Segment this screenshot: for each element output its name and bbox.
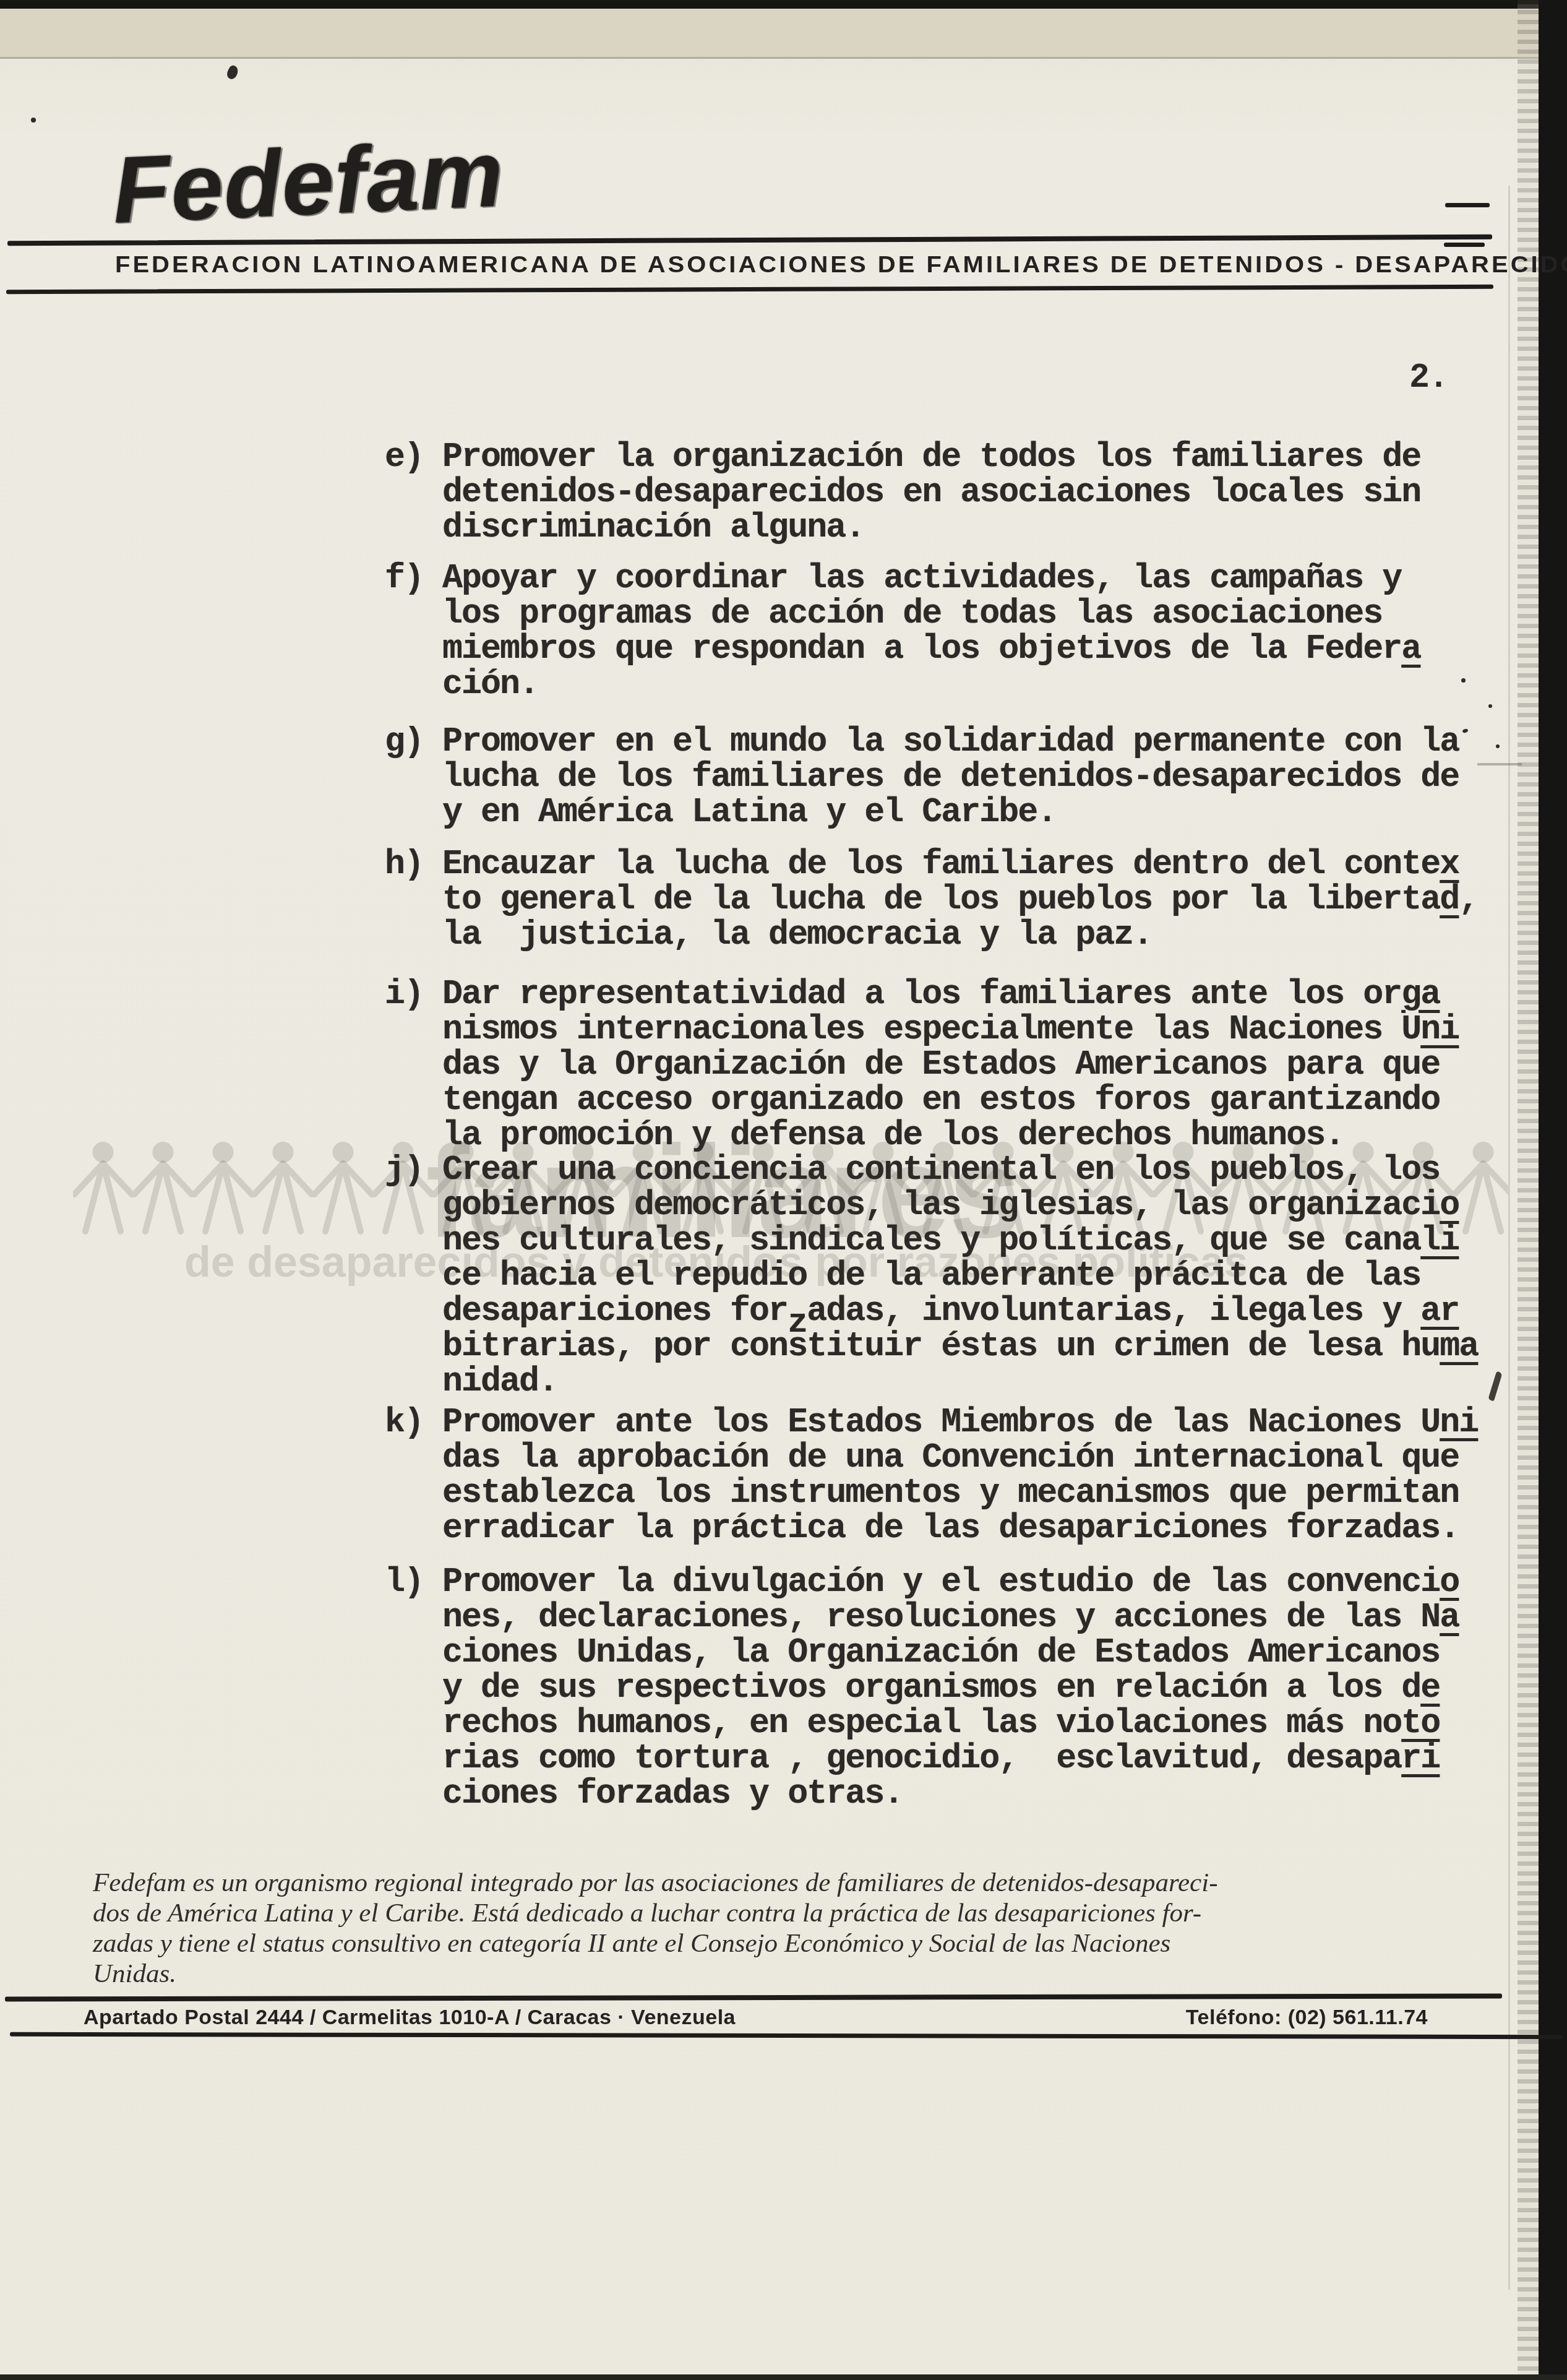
typewritten-line: detenidos-desaparecidos en asociaciones … (385, 475, 1420, 510)
fedefam-logo: Fedefam (111, 126, 505, 237)
list-item: e) Promover la organización de todos los… (385, 439, 1420, 545)
pen-stroke-mark (1488, 1371, 1503, 1402)
typewritten-line: h) Encauzar la lucha de los familiares d… (385, 847, 1478, 882)
typewritten-line: miembros que respondan a los objetivos d… (385, 631, 1420, 666)
typewritten-line: los programas de acción de todas las aso… (385, 596, 1420, 631)
underlined-continuation: to (1401, 1704, 1440, 1743)
about-line: zadas y tiene el status consultivo en ca… (93, 1928, 1217, 1959)
ink-speck (31, 118, 36, 123)
typewritten-line: ciones forzadas y otras. (385, 1776, 1459, 1811)
scan-edge-right (1539, 0, 1567, 2380)
typewritten-line: ciones Unidas, la Organización de Estado… (385, 1635, 1459, 1670)
typewritten-line: lucha de los familiares de detenidos-des… (385, 759, 1459, 795)
about-line: Fedefam es un organismo regional integra… (93, 1868, 1217, 1898)
typewritten-line: das la aprobación de una Convención inte… (385, 1440, 1478, 1475)
typewritten-line: k) Promover ante los Estados Miembros de… (385, 1405, 1478, 1440)
paper-crease (1508, 186, 1510, 2290)
typewritten-line: tengan acceso organizado en estos foros … (385, 1082, 1459, 1118)
about-line: dos de América Latina y el Caribe. Está … (93, 1898, 1217, 1928)
about-line: Unidas. (93, 1959, 1217, 1989)
address-line: Apartado Postal 2444 / Carmelitas 1010-A… (84, 2005, 736, 2030)
typewritten-line: establezca los instrumentos y mecanismos… (385, 1475, 1478, 1511)
typewritten-line: rias como tortura , genocidio, esclavitu… (385, 1741, 1459, 1776)
typewritten-line: la promoción y defensa de los derechos h… (385, 1118, 1459, 1153)
underlined-continuation: ar (1420, 1291, 1459, 1330)
ink-speck (1488, 704, 1492, 708)
underlined-continuation: ni (1420, 1010, 1459, 1049)
phone-number: Teléfono: (02) 561.11.74 (1186, 2005, 1428, 2030)
typewritten-line: bitrarias, por constituir éstas un crime… (385, 1329, 1478, 1364)
typewritten-line: nes culturales, sindicales y políticas, … (385, 1223, 1478, 1258)
underlined-continuation: e (1420, 1668, 1440, 1707)
typewritten-line: desapariciones forzadas, involuntarias, … (385, 1293, 1478, 1329)
header-rule-bottom (6, 285, 1493, 294)
typewritten-line: gobiernos democráticos, las iglesias, la… (385, 1188, 1478, 1223)
typewritten-line: ce hacia el repudio de la aberrante prác… (385, 1258, 1478, 1293)
typewritten-line: y en América Latina y el Caribe. (385, 795, 1459, 830)
typewritten-line: g) Promover en el mundo la solidaridad p… (385, 724, 1459, 759)
typewritten-line: l) Promover la divulgación y el estudio … (385, 1564, 1459, 1600)
typewritten-line: erradicar la práctica de las desaparicio… (385, 1511, 1478, 1546)
paper-doll-figure-icon (73, 1137, 133, 1235)
typewritten-line: j) Crear una conciencia continental en l… (385, 1152, 1478, 1188)
underlined-continuation: li (1420, 1221, 1459, 1260)
scan-edge-top (0, 0, 1567, 9)
ink-speck (225, 64, 240, 81)
scan-band-top (0, 9, 1567, 59)
typewritten-line: discriminación alguna. (385, 510, 1420, 545)
underlined-continuation: o (1440, 1186, 1459, 1225)
footer-rule-bottom (10, 2032, 1563, 2039)
underlined-continuation: ga (1401, 975, 1440, 1014)
ink-speck (1496, 744, 1500, 748)
paper-doll-figure-icon (133, 1137, 193, 1235)
list-item: j) Crear una conciencia continental en l… (385, 1152, 1478, 1399)
underlined-continuation: o (1440, 1563, 1459, 1602)
list-item: h) Encauzar la lucha de los familiares d… (385, 847, 1478, 952)
underlined-continuation: ri (1401, 1739, 1440, 1778)
typewritten-line: f) Apoyar y coordinar las actividades, l… (385, 561, 1420, 596)
list-item: l) Promover la divulgación y el estudio … (385, 1564, 1459, 1811)
ink-speck (1461, 678, 1466, 683)
underlined-continuation: a (1440, 1598, 1459, 1637)
underlined-continuation: x (1440, 845, 1459, 884)
typewritten-line: nismos internacionales especialmente las… (385, 1012, 1459, 1047)
typewritten-line: y de sus respectivos organismos en relac… (385, 1670, 1459, 1705)
typewritten-line: la justicia, la democracia y la paz. (385, 917, 1478, 952)
underlined-continuation: ni (1440, 1403, 1478, 1442)
list-item: i) Dar representatividad a los familiare… (385, 977, 1459, 1153)
underlined-continuation: a (1401, 629, 1420, 668)
underlined-continuation: ma (1440, 1327, 1478, 1366)
page-number: 2. (1409, 360, 1448, 395)
pencil-dash (1477, 763, 1522, 765)
typewritten-line: to general de la lucha de los pueblos po… (385, 882, 1478, 917)
scan-mark-dash (1444, 243, 1485, 247)
scan-grain-right (1518, 0, 1539, 2380)
dropped-character: z (788, 1305, 807, 1340)
typewritten-line: nidad. (385, 1364, 1478, 1399)
footer-rule-top (5, 1993, 1502, 2001)
paper-doll-figure-icon (253, 1137, 313, 1235)
typewritten-line: nes, declaraciones, resoluciones y accio… (385, 1600, 1459, 1635)
ink-speck (1462, 728, 1469, 734)
list-item: k) Promover ante los Estados Miembros de… (385, 1405, 1478, 1546)
typewritten-line: e) Promover la organización de todos los… (385, 439, 1420, 475)
scanned-document-page: Fedefam FEDERACION LATINOAMERICANA DE AS… (0, 0, 1567, 2380)
typewritten-line: rechos humanos, en especial las violacio… (385, 1705, 1459, 1741)
list-item: f) Apoyar y coordinar las actividades, l… (385, 561, 1420, 702)
list-item: g) Promover en el mundo la solidaridad p… (385, 724, 1459, 830)
organization-name: FEDERACION LATINOAMERICANA DE ASOCIACION… (115, 251, 1567, 278)
typewritten-line: i) Dar representatividad a los familiare… (385, 977, 1459, 1012)
scan-edge-bottom (0, 2374, 1567, 2380)
typewritten-line: ción. (385, 666, 1420, 702)
underlined-continuation: d (1440, 880, 1459, 919)
paper-doll-figure-icon (193, 1137, 253, 1235)
paper-doll-figure-icon (313, 1137, 373, 1235)
typewritten-line: das y la Organización de Estados America… (385, 1047, 1459, 1082)
scan-mark-dash (1445, 203, 1490, 207)
about-paragraph: Fedefam es un organismo regional integra… (93, 1868, 1217, 1989)
